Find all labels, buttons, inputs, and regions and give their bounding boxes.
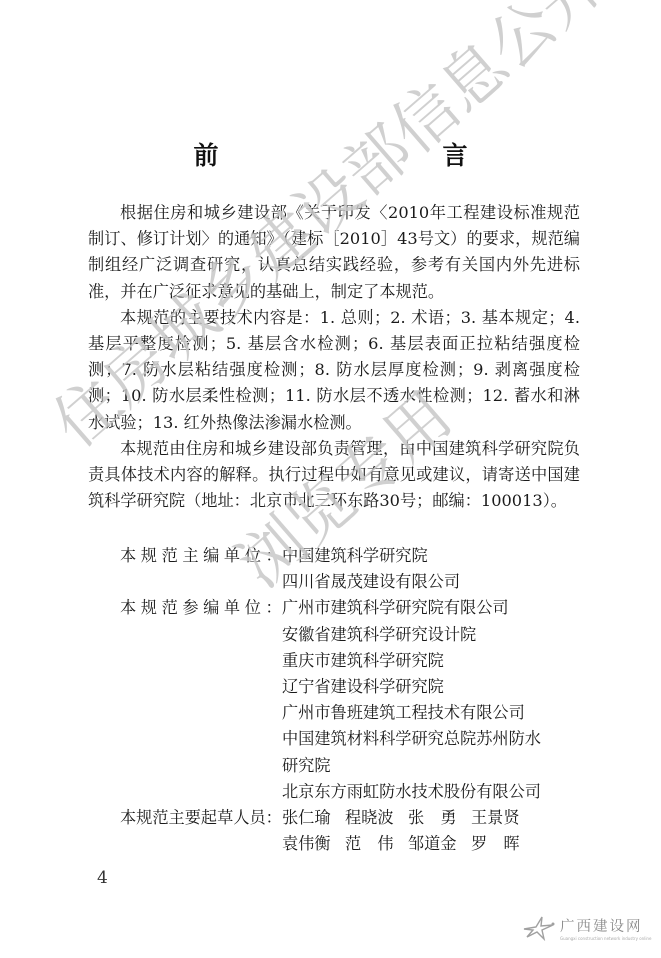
page-title: 前 言 (0, 136, 661, 172)
paragraph-management: 本规范由住房和城乡建设部负责管理，由中国建筑科学研究院负责具体技术内容的解释。执… (88, 436, 580, 515)
participating-unit: 重庆市建筑科学研究院 (282, 648, 541, 674)
participating-unit: 安徽省建筑科学研究设计院 (282, 622, 541, 648)
drafter-name: 邹道金 (408, 831, 471, 857)
participating-unit: 广州市建筑科学研究院有限公司 (282, 595, 541, 621)
chief-units-row: 本规范主编单位： 中国建筑科学研究院 四川省晟茂建设有限公司 (120, 543, 541, 595)
participating-unit: 研究院 (282, 753, 541, 779)
logo-title: 广西建设网 (560, 915, 651, 936)
units-section: 本规范主编单位： 中国建筑科学研究院 四川省晟茂建设有限公司 本规范参编单位： … (120, 543, 541, 857)
paragraph-background: 根据住房和城乡建设部《关于印发〈2010年工程建设标准规范制订、修订计划〉的通知… (88, 200, 580, 305)
page-number: 4 (97, 868, 108, 888)
drafter-name: 王景贤 (471, 805, 534, 831)
document-page: 前 言 根据住房和城乡建设部《关于印发〈2010年工程建设标准规范制订、修订计划… (0, 0, 661, 958)
chief-unit: 中国建筑科学研究院 (282, 543, 460, 569)
logo-subtitle: Guangxi construction network industry on… (560, 936, 651, 941)
drafter-name: 程晓波 (345, 805, 408, 831)
participating-units-row: 本规范参编单位： 广州市建筑科学研究院有限公司 安徽省建筑科学研究设计院 重庆市… (120, 595, 541, 805)
drafter-name: 范 伟 (345, 831, 408, 857)
participating-unit: 广州市鲁班建筑工程技术有限公司 (282, 700, 541, 726)
participating-unit: 辽宁省建设科学研究院 (282, 674, 541, 700)
site-logo: 广西建设网 Guangxi construction network indus… (522, 915, 651, 941)
chief-units-list: 中国建筑科学研究院 四川省晟茂建设有限公司 (282, 543, 460, 595)
star-logo-icon (522, 915, 556, 941)
preface-body: 根据住房和城乡建设部《关于印发〈2010年工程建设标准规范制订、修订计划〉的通知… (88, 200, 580, 514)
paragraph-contents: 本规范的主要技术内容是：1. 总则；2. 术语；3. 基本规定；4. 基层平整度… (88, 305, 580, 436)
chief-unit: 四川省晟茂建设有限公司 (282, 569, 460, 595)
participating-unit: 北京东方雨虹防水技术股份有限公司 (282, 779, 541, 805)
drafter-name: 罗 晖 (471, 831, 534, 857)
drafters-list: 张仁瑜 程晓波 张 勇 王景贤 袁伟衡 范 伟 邹道金 罗 晖 (282, 805, 534, 857)
drafters-line: 袁伟衡 范 伟 邹道金 罗 晖 (282, 831, 534, 857)
participating-units-label: 本规范参编单位： (120, 595, 282, 805)
drafters-label: 本规范主要起草人员： (120, 805, 282, 857)
chief-units-label: 本规范主编单位： (120, 543, 282, 595)
drafter-name: 袁伟衡 (282, 831, 345, 857)
drafter-name: 张 勇 (408, 805, 471, 831)
drafters-row: 本规范主要起草人员： 张仁瑜 程晓波 张 勇 王景贤 袁伟衡 范 伟 邹道金 罗… (120, 805, 541, 857)
participating-units-list: 广州市建筑科学研究院有限公司 安徽省建筑科学研究设计院 重庆市建筑科学研究院 辽… (282, 595, 541, 805)
drafters-line: 张仁瑜 程晓波 张 勇 王景贤 (282, 805, 534, 831)
participating-unit: 中国建筑材料科学研究总院苏州防水 (282, 726, 541, 752)
drafter-name: 张仁瑜 (282, 805, 345, 831)
